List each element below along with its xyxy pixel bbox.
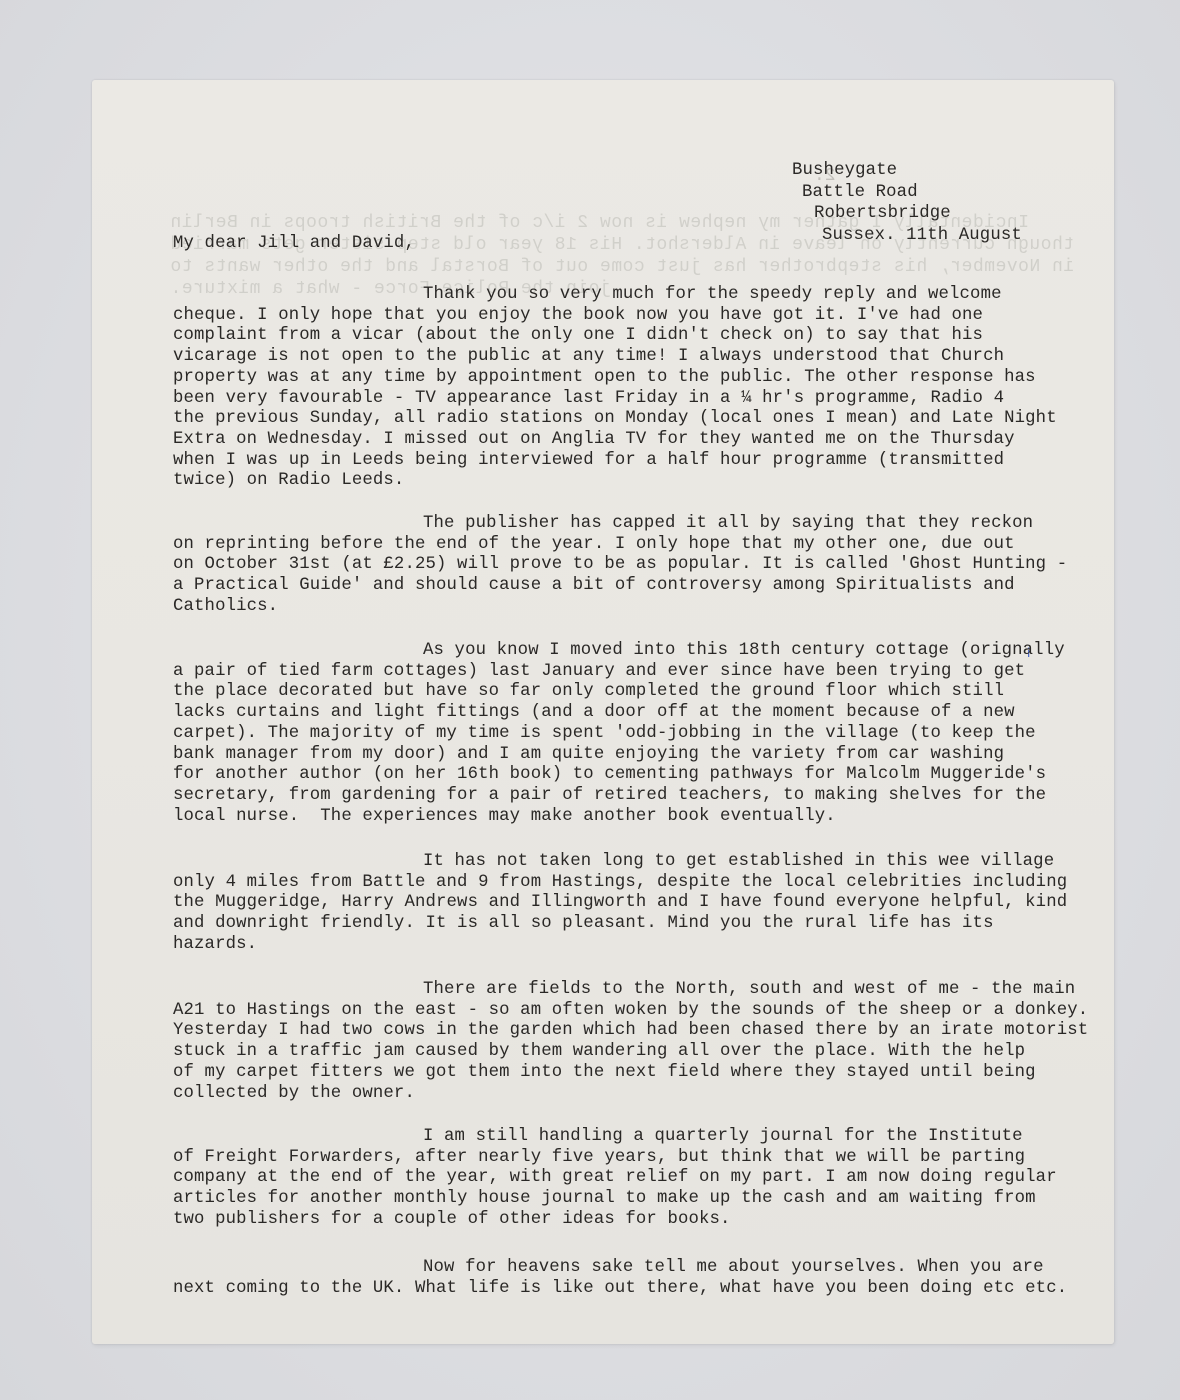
text-line: I am still handling a quarterly journal … xyxy=(173,1127,1057,1148)
paragraph-4: It has not taken long to get established… xyxy=(173,852,1067,956)
text-line: company at the end of the year, with gre… xyxy=(173,1168,1057,1189)
text-line: two publishers for a couple of other ide… xyxy=(173,1210,1057,1231)
text-line: A21 to Hastings on the east - so am ofte… xyxy=(173,1001,1088,1022)
text-line: the previous Sunday, all radio stations … xyxy=(173,409,1057,430)
text-line: Now for heavens sake tell me about yours… xyxy=(173,1258,1067,1279)
text-line: the place decorated but have so far only… xyxy=(173,682,1065,703)
text-line: when I was up in Leeds being interviewed… xyxy=(173,451,1057,472)
text-line: on October 31st (at £2.25) will prove to… xyxy=(173,555,1067,576)
text-line: on reprinting before the end of the year… xyxy=(173,535,1067,556)
text-line: bank manager from my door) and I am quit… xyxy=(173,745,1065,766)
text-line: There are fields to the North, south and… xyxy=(173,980,1088,1001)
text-line: for another author (on her 16th book) to… xyxy=(173,765,1065,786)
sender-address: Busheygate Battle Road Robertsbridge Sus… xyxy=(792,160,992,246)
paragraph-7: Now for heavens sake tell me about yours… xyxy=(173,1258,1067,1299)
address-line: Robertsbridge xyxy=(814,203,1014,225)
text-line: collected by the owner. xyxy=(173,1084,1088,1105)
text-line: lacks curtains and light fittings (and a… xyxy=(173,703,1065,724)
bleed-through-line: in November, his stepbrother has just co… xyxy=(170,257,1074,277)
address-date-line: Sussex. 11th August xyxy=(822,225,1022,247)
text-line: property was at any time by appointment … xyxy=(173,368,1057,389)
text-line: Yesterday I had two cows in the garden w… xyxy=(173,1021,1088,1042)
text-line: hazards. xyxy=(173,935,1067,956)
text-line: the Muggeridge, Harry Andrews and Illing… xyxy=(173,893,1067,914)
text-line: It has not taken long to get established… xyxy=(173,852,1067,873)
text-line: Catholics. xyxy=(173,597,1067,618)
text-line: secretary, from gardening for a pair of … xyxy=(173,786,1065,807)
text-line: carpet). The majority of my time is spen… xyxy=(173,724,1065,745)
address-line: Battle Road xyxy=(802,182,1002,204)
address-line: Busheygate xyxy=(792,160,992,182)
paragraph-2: The publisher has capped it all by sayin… xyxy=(173,514,1067,618)
text-line: twice) on Radio Leeds. xyxy=(173,471,1057,492)
text-line: next coming to the UK. What life is like… xyxy=(173,1279,1067,1300)
text-line: cheque. I only hope that you enjoy the b… xyxy=(173,306,1057,327)
paragraph-3: As you know I moved into this 18th centu… xyxy=(173,641,1065,827)
text-line: only 4 miles from Battle and 9 from Hast… xyxy=(173,873,1067,894)
paragraph-1: Thank you so very much for the speedy re… xyxy=(173,285,1057,492)
text-line: a pair of tied farm cottages) last Janua… xyxy=(173,662,1065,683)
text-line: stuck in a traffic jam caused by them wa… xyxy=(173,1042,1088,1063)
text-line: vicarage is not open to the public at an… xyxy=(173,347,1057,368)
paragraph-6: I am still handling a quarterly journal … xyxy=(173,1127,1057,1231)
text-line: Extra on Wednesday. I missed out on Angl… xyxy=(173,430,1057,451)
paragraph-5: There are fields to the North, south and… xyxy=(173,980,1088,1104)
text-line: articles for another monthly house journ… xyxy=(173,1189,1057,1210)
text-line: of my carpet fitters we got them into th… xyxy=(173,1063,1088,1084)
text-line: of Freight Forwarders, after nearly five… xyxy=(173,1148,1057,1169)
text-line: Thank you so very much for the speedy re… xyxy=(173,285,1057,306)
text-line: a Practical Guide' and should cause a bi… xyxy=(173,576,1067,597)
text-line: The publisher has capped it all by sayin… xyxy=(173,514,1067,535)
letter-page: 2. Incidentally I gather my nephew is no… xyxy=(92,80,1114,1344)
text-line: been very favourable - TV appearance las… xyxy=(173,389,1057,410)
text-line: and downright friendly. It is all so ple… xyxy=(173,914,1067,935)
text-line: complaint from a vicar (about the only o… xyxy=(173,326,1057,347)
text-line: As you know I moved into this 18th centu… xyxy=(173,641,1065,662)
text-line: local nurse. The experiences may make an… xyxy=(173,807,1065,828)
salutation: My dear Jill and David, xyxy=(173,234,415,255)
